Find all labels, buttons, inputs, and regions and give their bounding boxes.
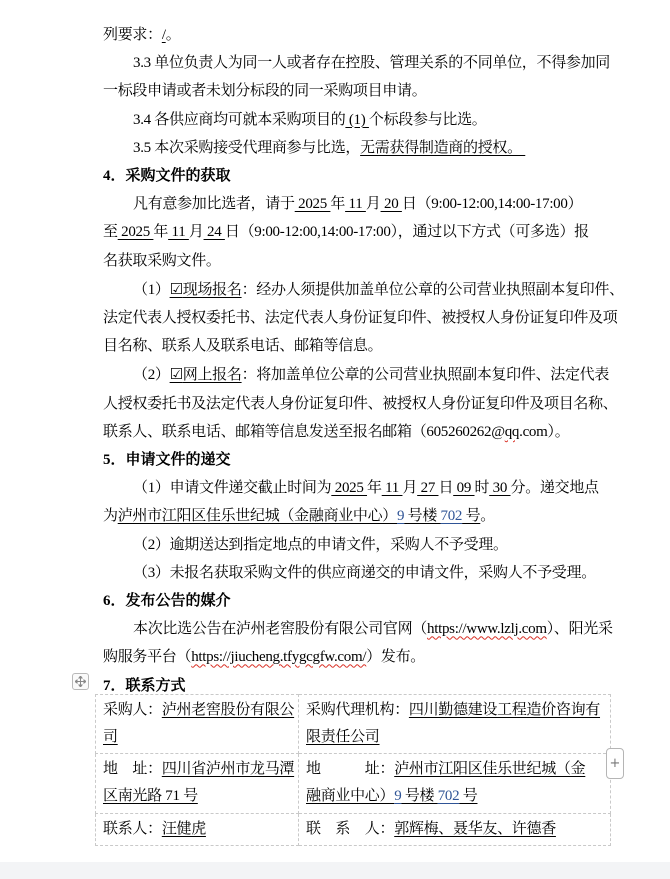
text-run: 号楼 (401, 788, 437, 804)
clause-5-3: （3）未报名获取采购文件的供应商递交的申请文件，采购人不予受理。 (103, 559, 625, 587)
text-run: 泸州市江阳区佳乐世纪城（金融商业中心） (118, 508, 397, 524)
text-run: 7．联系方式 (103, 678, 186, 694)
text-run: 个标段参与比选。 (369, 112, 487, 128)
checkbox-checked-icon: ☑ (170, 280, 183, 298)
text-run: qq (505, 424, 519, 440)
text-run: 汪健虎 (162, 821, 206, 837)
text-run: 日 (438, 480, 453, 496)
contact-table: 采购人：泸州老窖股份有限公 司采购代理机构：四川勤德建设工程造价咨询有 限责任公… (95, 694, 611, 846)
text-run: 月 (189, 224, 204, 240)
text-run: 月 (402, 480, 417, 496)
doc-content: 列要求：/。3.3 单位负责人为同一人或者存在控股、管理关系的不同单位，不得参加… (103, 21, 625, 700)
page-bottom-edge (0, 862, 670, 879)
text-run: 09 (453, 480, 474, 496)
text-run: 无需获得制造商的授权。 (360, 140, 525, 156)
text-run: （1）申请文件递交截止时间为 (133, 480, 331, 496)
text-run: 采购代理机构： (306, 702, 409, 718)
table-insert-button[interactable]: + (606, 748, 624, 779)
text-run: 2025 (331, 480, 367, 496)
text-run: 20 (381, 196, 402, 212)
text-run: 2025 (118, 224, 154, 240)
text-run: ）发布。 (366, 649, 425, 665)
table-move-handle[interactable] (72, 673, 89, 690)
text-run: 702 (441, 508, 463, 524)
plus-icon: + (610, 756, 621, 771)
table-row: 联系人：汪健虎联 系 人：郭辉梅、聂华友、许德香 (96, 814, 611, 846)
text-run: https://jiucheng.tfygcgfw.com/ (191, 649, 366, 665)
clause-4-intro: 凡有意参加比选者，请于 2025 年 11 月 20 日（9:00-12:00,… (103, 190, 625, 275)
text-run: 时 (475, 480, 490, 496)
text-run: 11 (345, 196, 366, 212)
text-run: 年 (153, 224, 168, 240)
text-run: 11 (168, 224, 189, 240)
text-run: （3）未报名获取采购文件的供应商递交的申请文件，采购人不予受理。 (133, 565, 596, 581)
text-run: 列要求： (103, 27, 162, 43)
text-run: 27 (417, 480, 438, 496)
clause-5-2: （2）逾期送达到指定地点的申请文件，采购人不予受理。 (103, 531, 625, 559)
table-cell: 联 系 人：郭辉梅、聂华友、许德香 (299, 814, 611, 846)
text-run: （1） (133, 282, 170, 298)
text-run: 3.4 各供应商均可就本采购项目的 (133, 112, 345, 128)
table-row: 采购人：泸州老窖股份有限公 司采购代理机构：四川勤德建设工程造价咨询有 限责任公… (96, 695, 611, 754)
text-run: 月 (366, 196, 381, 212)
text-run: 5．申请文件的递交 (103, 452, 231, 468)
heading-5: 5．申请文件的递交 (103, 446, 625, 474)
text-run: 3.5 本次采购接受代理商参与比选， (133, 140, 360, 156)
text-run: 号楼 (404, 508, 440, 524)
text-run: 地 址： (103, 761, 162, 777)
table-cell: 采购人：泸州老窖股份有限公 司 (96, 695, 299, 754)
text-run: 2025 (295, 196, 331, 212)
text-run: 联 系 人： (306, 821, 394, 837)
text-run: 30 (489, 480, 510, 496)
table-cell: 地 址：四川省泸州市龙马潭 区南光路 71 号 (96, 754, 299, 814)
text-run: 网上报名 (183, 367, 242, 383)
table-row: 地 址：四川省泸州市龙马潭 区南光路 71 号地 址：泸州市江阳区佳乐世纪城（金… (96, 754, 611, 814)
text-run: 号 (462, 508, 480, 524)
clause-3-4: 3.4 各供应商均可就本采购项目的 (1) 个标段参与比选。 (103, 106, 625, 134)
table-cell: 采购代理机构：四川勤德建设工程造价咨询有 限责任公司 (299, 695, 611, 754)
continuation-line: 列要求：/。 (103, 21, 625, 49)
text-run: 联系人： (103, 821, 162, 837)
text-run: (1) (345, 112, 369, 128)
contact-table-body: 采购人：泸州老窖股份有限公 司采购代理机构：四川勤德建设工程造价咨询有 限责任公… (96, 695, 611, 846)
text-run: 3.3 单位负责人为同一人或者存在控股、管理关系的不同单位，不得参加同 一标段申… (103, 55, 610, 99)
text-run: 4．采购文件的获取 (103, 168, 231, 184)
text-run: （2）逾期送达到指定地点的申请文件，采购人不予受理。 (133, 537, 508, 553)
text-run: 本次比选公告在泸州老窖股份有限公司官网（ (133, 621, 427, 637)
text-run: 现场报名 (183, 282, 242, 298)
text-run: 。 (166, 27, 181, 43)
document-page: 列要求：/。3.3 单位负责人为同一人或者存在控股、管理关系的不同单位，不得参加… (0, 0, 670, 879)
text-run: 24 (204, 224, 225, 240)
clause-6-intro: 本次比选公告在泸州老窖股份有限公司官网（https://www.lzlj.com… (103, 615, 625, 671)
four-way-arrow-icon (75, 676, 86, 687)
text-run: 号 (459, 788, 477, 804)
clause-3-3: 3.3 单位负责人为同一人或者存在控股、管理关系的不同单位，不得参加同 一标段申… (103, 49, 625, 105)
text-run: 地 址： (306, 761, 394, 777)
text-run: 6．发布公告的媒介 (103, 593, 231, 609)
table-cell: 地 址：泸州市江阳区佳乐世纪城（金 融商业中心）9 号楼 702 号 (299, 754, 611, 814)
text-run: https://www.lzlj.com (427, 621, 547, 637)
text-run: 年 (367, 480, 382, 496)
clause-5-1: （1）申请文件递交截止时间为 2025 年 11 月 27 日 09 时 30 … (103, 474, 625, 530)
text-run: 702 (438, 788, 460, 804)
text-run: .com）。 (519, 424, 569, 440)
clause-4-option-2: （2）☑网上报名：将加盖单位公章的公司营业执照副本复印件、法定代表 人授权委托书… (103, 360, 625, 446)
text-run: 凡有意参加比选者，请于 (133, 196, 295, 212)
clause-4-option-1: （1）☑现场报名：经办人须提供加盖单位公章的公司营业执照副本复印件、 法定代表人… (103, 275, 625, 361)
text-run: 郭辉梅、聂华友、许德香 (394, 821, 556, 837)
text-run: 。 (480, 508, 495, 524)
heading-4: 4．采购文件的获取 (103, 162, 625, 190)
text-run: 年 (330, 196, 345, 212)
text-run: 11 (382, 480, 403, 496)
checkbox-checked-icon: ☑ (170, 365, 183, 383)
clause-3-5: 3.5 本次采购接受代理商参与比选，无需获得制造商的授权。 (103, 134, 625, 162)
text-run: （2） (133, 367, 170, 383)
table-cell: 联系人：汪健虎 (96, 814, 299, 846)
text-run: 采购人： (103, 702, 162, 718)
heading-6: 6．发布公告的媒介 (103, 587, 625, 615)
